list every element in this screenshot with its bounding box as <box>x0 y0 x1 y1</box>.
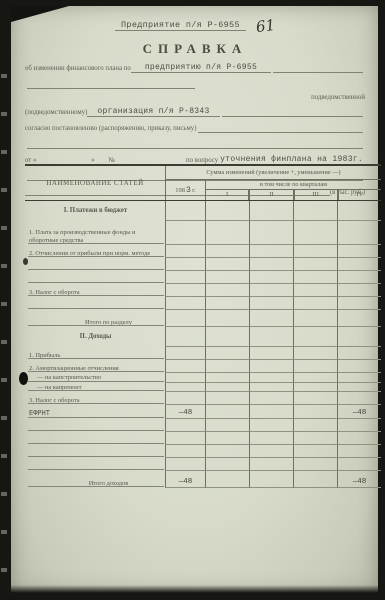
binding-hole <box>19 372 28 385</box>
table-row: 2. Отчисления от прибыли при норм. метод… <box>25 245 381 258</box>
document-page: Предприятие п/я Р-6955 61 СПРАВКА об изм… <box>11 6 378 593</box>
table-row: 1. Прибыль <box>25 347 381 360</box>
about-line: об изменении финансового плана по предпр… <box>25 64 365 73</box>
table-row: 2. Амортизационные отчисления <box>25 360 381 373</box>
table-row <box>25 297 381 310</box>
table-row: 1. Плата за производственные фонды и обо… <box>25 221 381 245</box>
table-row <box>25 271 381 284</box>
page-bottom-shadow <box>11 585 378 593</box>
row-label: Итого по разделу <box>55 319 162 327</box>
row-label: 3. Налог с оборота <box>29 397 162 405</box>
blank-line-1 <box>25 140 365 149</box>
about-label: об изменении финансового плана по <box>25 65 131 73</box>
quarter-label-4: IV <box>338 190 381 200</box>
row-label: 1. Плата за производственные фонды и обо… <box>29 229 162 244</box>
row-value-q4: —48 <box>353 478 367 487</box>
table-row <box>25 419 381 432</box>
row-label: I. Платежи в бюджет <box>29 207 162 215</box>
table-row: Итого по разделу <box>25 310 381 327</box>
row-label: ЕФРНТ <box>29 411 162 419</box>
handwritten-number: 61 <box>255 20 275 32</box>
according-label: согласно постановлению (распоряжению, пр… <box>25 125 196 133</box>
table-row: Итого доходов —48 —48 <box>25 471 381 488</box>
row-label: II. Доходы <box>29 333 162 341</box>
document-title: СПРАВКА <box>25 41 365 57</box>
row-label: 2. Отчисления от прибыли при норм. метод… <box>29 250 162 258</box>
row-value-year: —48 <box>179 478 193 487</box>
table-row: 3. Налог с оборота <box>25 284 381 297</box>
table-row: I. Платежи в бюджет <box>25 201 381 221</box>
column-header-quarters: в том числе по кварталам <box>206 180 381 190</box>
column-header-articles: НАИМЕНОВАНИЕ СТАТЕЙ <box>25 166 165 200</box>
binding-hole-small <box>23 258 28 265</box>
enterprise-name: Предприятие п/я Р-6955 <box>115 20 246 31</box>
row-label: 2. Амортизационные отчисления <box>29 365 162 373</box>
year-suffix: г. <box>192 187 196 194</box>
enterprise-line: Предприятие п/я Р-6955 61 <box>25 20 365 31</box>
row-label: 3. Налог с оборота <box>29 289 162 297</box>
about-value: предприятию п/я Р-6955 <box>131 64 271 73</box>
table-body: I. Платежи в бюджет 1. Плата за производ… <box>25 201 381 488</box>
table-row: 3. Налог с оборота <box>25 392 381 405</box>
table-row <box>25 458 381 471</box>
year-prefix: 198 <box>175 187 185 194</box>
binding-edge-marks <box>1 40 7 580</box>
row-label: 1. Прибыль <box>29 352 162 360</box>
table-row: — на капремонт <box>25 383 381 393</box>
subordinate-value: организация п/я Р-8343 <box>87 108 219 117</box>
table-row: ЕФРНТ —48 —48 <box>25 405 381 419</box>
subordinate-line: (подведомственному) организация п/я Р-83… <box>25 108 365 117</box>
table-row <box>25 258 381 271</box>
column-header-sum: Сумма изменений (увеличение +, уменьшени… <box>166 166 381 180</box>
table-row <box>25 445 381 458</box>
scanned-document: { "header": { "enterprise_line": "Предпр… <box>0 0 385 600</box>
row-label: — на капремонт <box>29 384 162 392</box>
table-row <box>25 432 381 445</box>
table-header: НАИМЕНОВАНИЕ СТАТЕЙ Сумма изменений (уве… <box>25 164 381 201</box>
row-label: — на капстроительство <box>29 374 162 382</box>
row-label: Итого доходов <box>55 480 162 488</box>
quarter-label-3: III <box>294 190 338 200</box>
according-line: согласно постановлению (распоряжению, пр… <box>25 124 365 133</box>
continuation-line <box>25 80 365 89</box>
quarter-label-1: I <box>206 190 249 200</box>
row-value-year: —48 <box>179 409 193 418</box>
subordinate-label: (подведомственному) <box>25 109 87 117</box>
column-header-year: 198 3 г. <box>166 180 206 200</box>
quarter-column-labels: I II III IV <box>206 190 381 200</box>
quarter-label-2: II <box>249 190 293 200</box>
row-value-q4: —48 <box>353 409 367 418</box>
table-row: II. Доходы <box>25 327 381 347</box>
changes-table: НАИМЕНОВАНИЕ СТАТЕЙ Сумма изменений (уве… <box>25 164 381 488</box>
year-typed-digit: 3 <box>186 186 191 195</box>
table-row: — на капстроительство <box>25 373 381 383</box>
subordinate-note: подведомственной <box>25 94 365 101</box>
